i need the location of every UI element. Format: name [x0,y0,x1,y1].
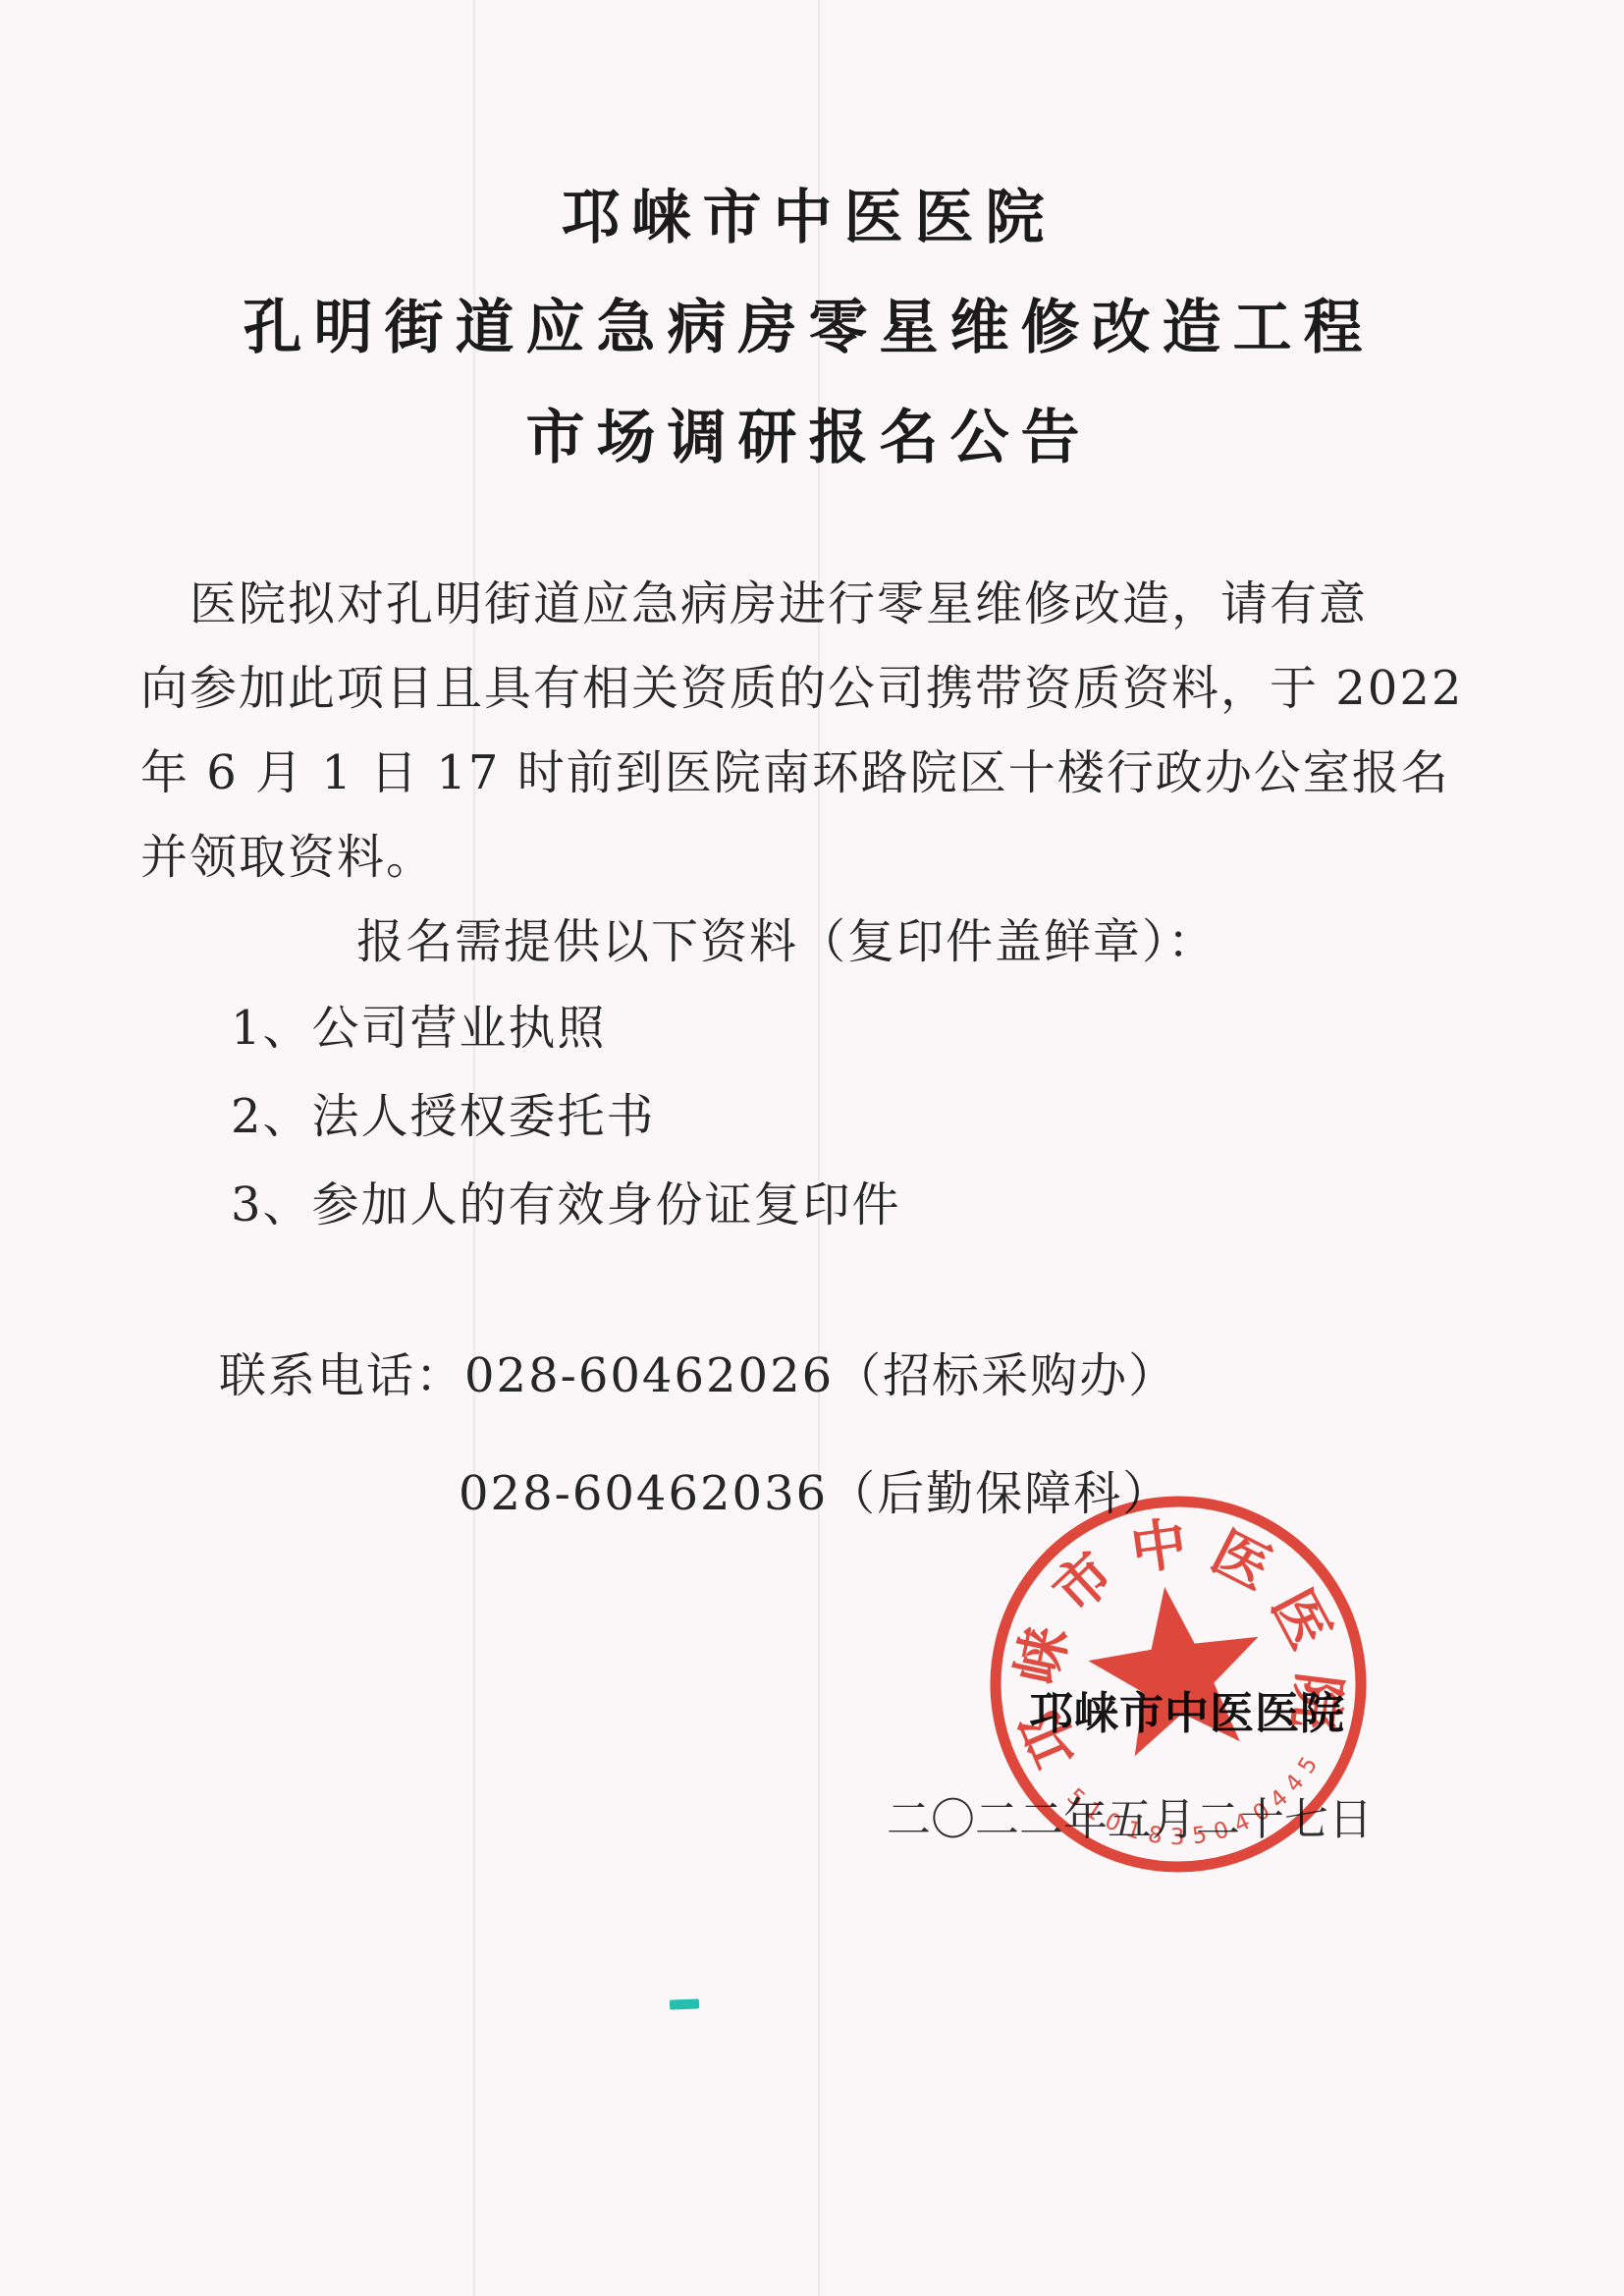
page-title-line2: 孔明街道应急病房零星维修改造工程 [140,273,1477,383]
svg-text:0: 0 [1211,1817,1231,1845]
title-block: 邛崃市中医医院 孔明街道应急病房零星维修改造工程 市场调研报名公告 [140,163,1477,493]
svg-text:5: 5 [1061,1783,1089,1812]
document-page: 邛崃市中医医院 孔明街道应急病房零星维修改造工程 市场调研报名公告 医院拟对孔明… [0,0,1624,2296]
scan-artifact-mark [670,1998,699,2009]
svg-text:邛: 邛 [1010,1700,1092,1777]
svg-text:3: 3 [1170,1825,1185,1850]
requirements-list: 1、公司营业执照 2、法人授权委托书 3、参加人的有效身份证复印件 [140,984,1477,1249]
svg-text:0: 0 [1101,1808,1124,1837]
svg-text:4: 4 [1280,1770,1309,1797]
svg-text:1: 1 [1123,1817,1145,1845]
paragraph-line: 向参加此项目且具有相关资质的公司携带资质资料，于 2022 [140,646,1477,731]
svg-text:中: 中 [1127,1511,1192,1583]
requirements-intro: 报名需提供以下资料（复印件盖鲜章）： [356,900,1477,984]
list-item: 3、参加人的有效身份证复印件 [231,1161,1477,1249]
paragraph-line: 年 6 月 1 日 17 时前到医院南环路院区十楼行政办公室报名 [140,731,1477,815]
list-item: 1、公司营业执照 [231,984,1477,1072]
page-title-line3: 市场调研报名公告 [140,383,1477,493]
svg-text:8: 8 [1146,1822,1164,1849]
page-title: 邛崃市中医医院 [140,163,1477,273]
svg-text:0: 0 [1249,1798,1274,1828]
contact-phone-1: 联系电话：028-60462026（招标采购办） [219,1334,1177,1418]
paragraph-line: 医院拟对孔明街道应急病房进行零星维修改造，请有意 [140,562,1477,646]
svg-text:5: 5 [1191,1823,1209,1850]
svg-text:崃: 崃 [1005,1621,1080,1689]
paragraph-line: 并领取资料。 [140,815,1477,900]
svg-text:院: 院 [1280,1669,1351,1733]
svg-text:5: 5 [1293,1753,1323,1778]
list-item: 2、法人授权委托书 [231,1072,1477,1161]
svg-text:4: 4 [1266,1785,1293,1814]
body-text: 医院拟对孔明街道应急病房进行零星维修改造，请有意 向参加此项目且具有相关资质的公… [140,562,1477,1249]
official-seal-stamp: 邛崃市中医医院 5101835040445 [946,1451,1411,1917]
svg-text:4: 4 [1230,1809,1254,1838]
svg-text:1: 1 [1080,1797,1107,1827]
